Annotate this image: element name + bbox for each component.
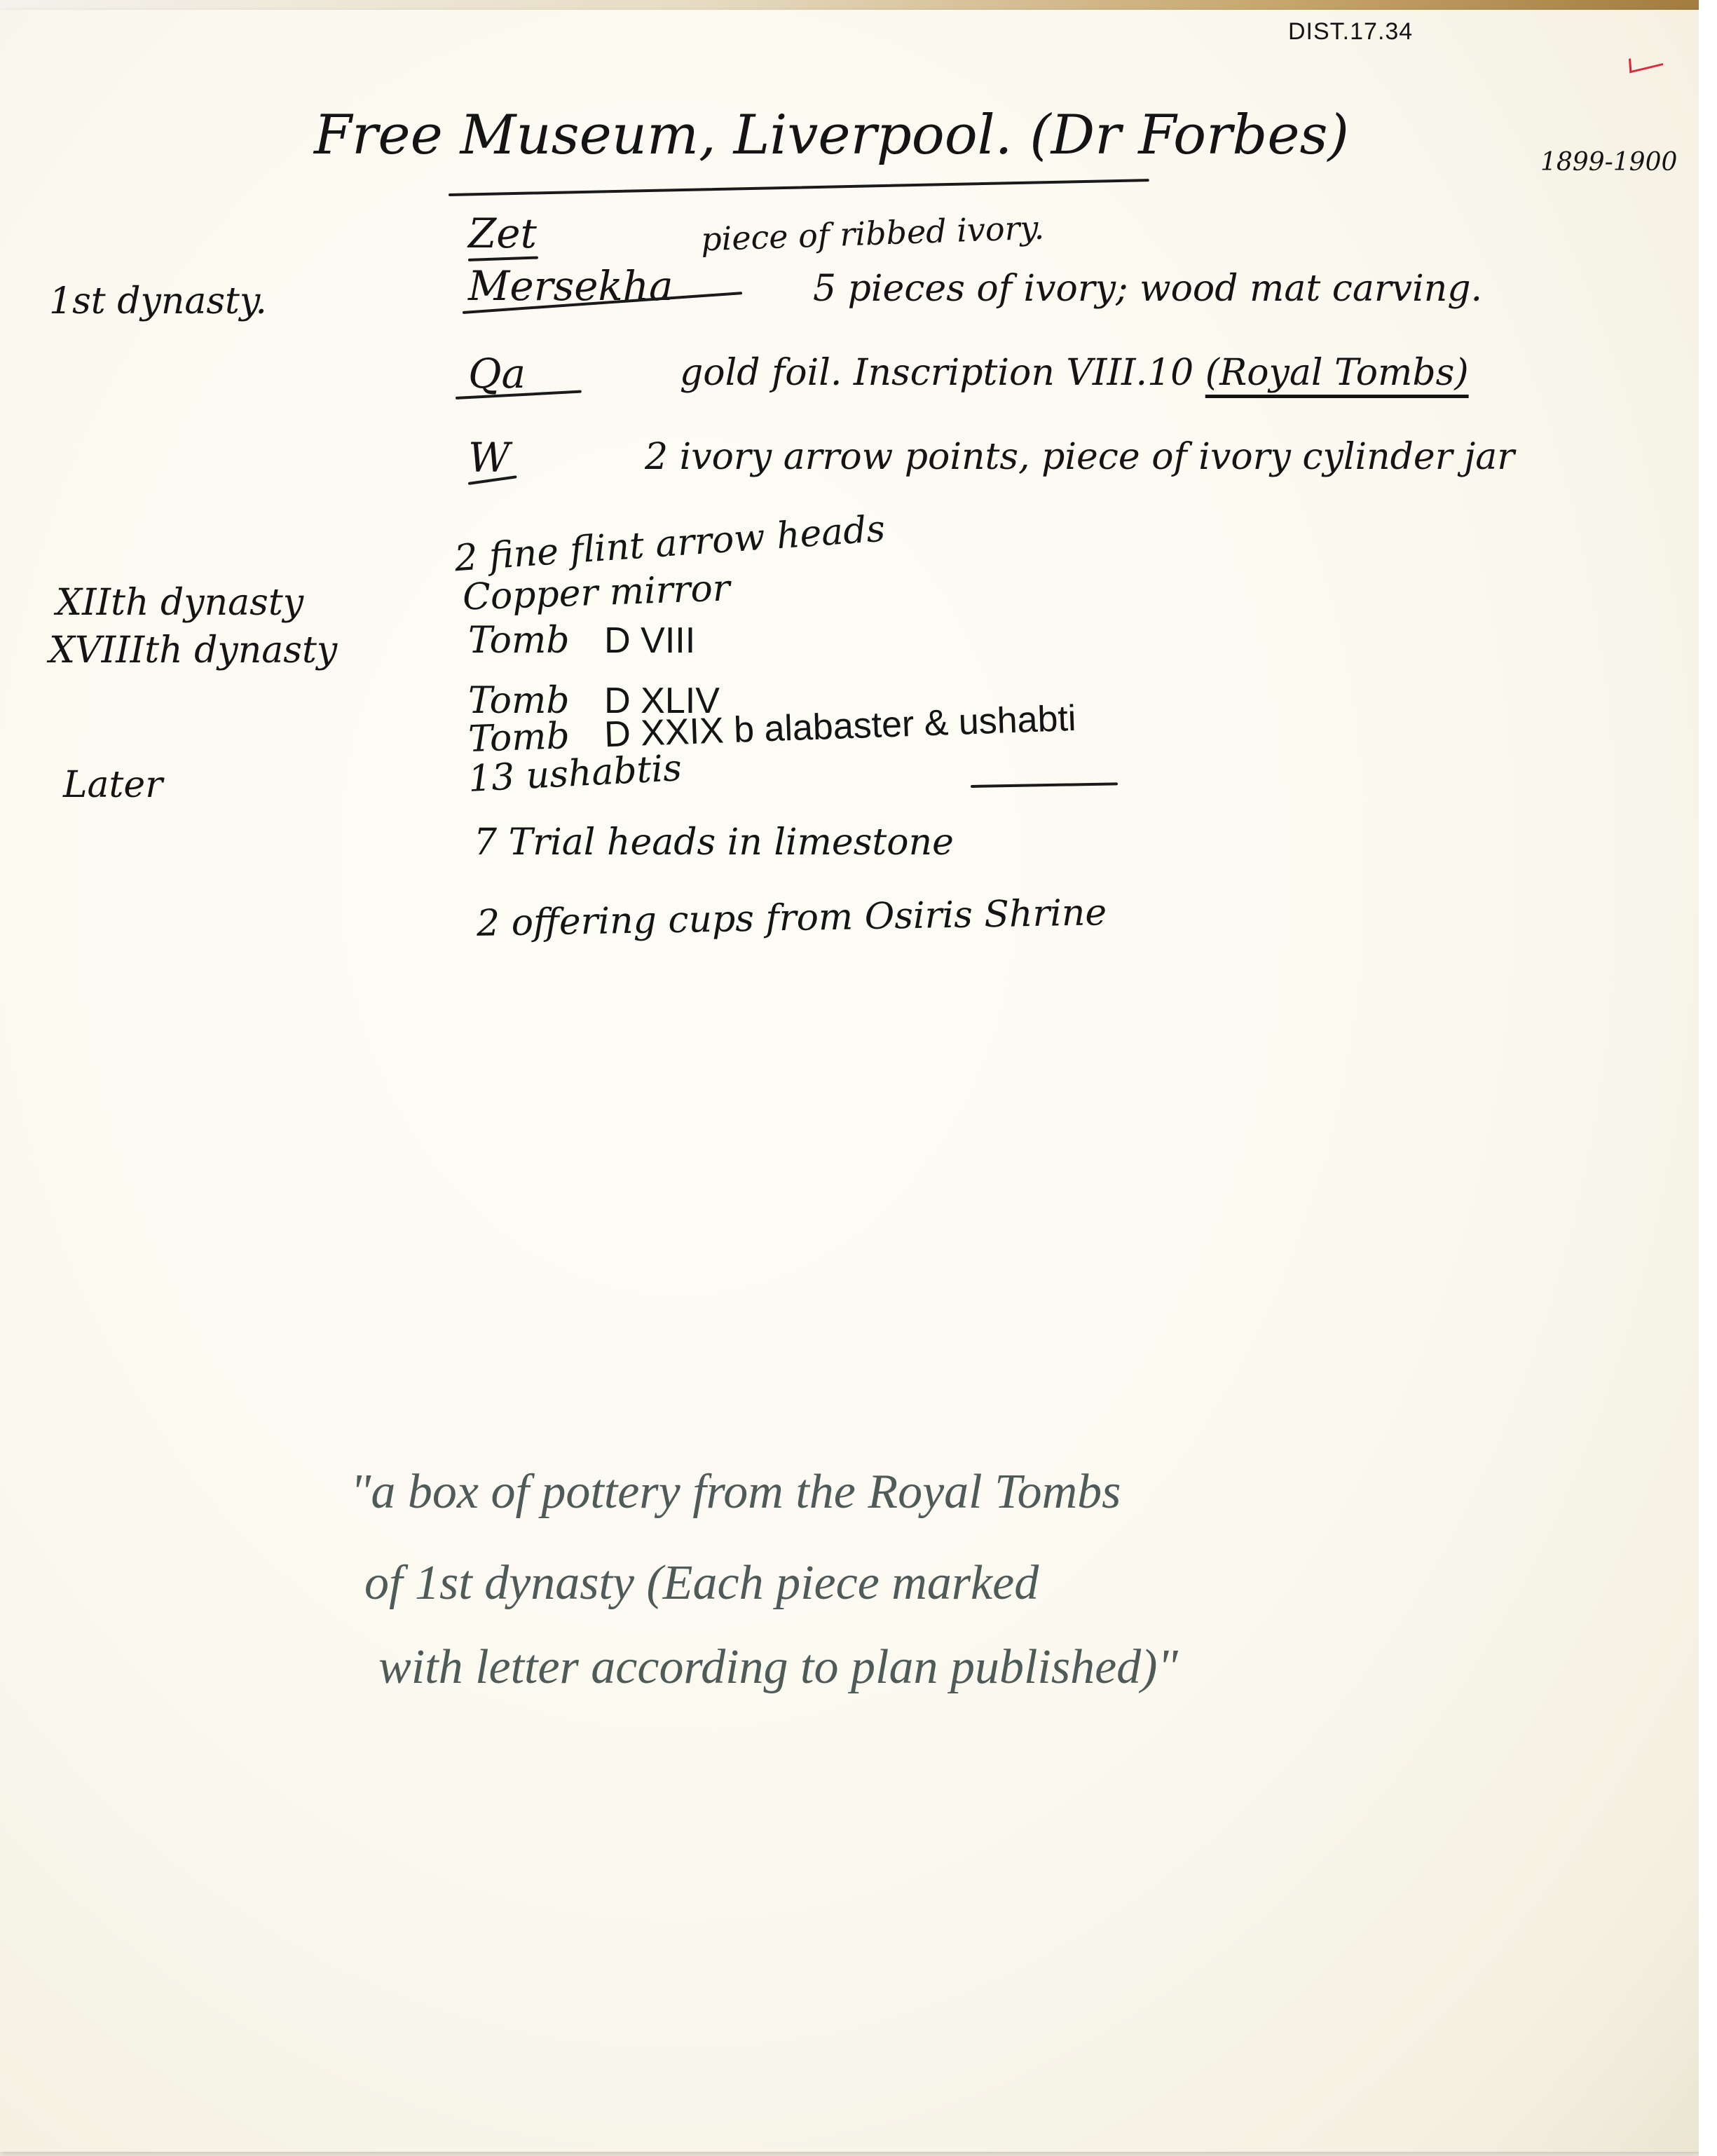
entry-desc-mersekha: 5 pieces of ivory; wood mat carving. [813, 271, 1482, 307]
reference-number: DIST.17.34 [1288, 20, 1413, 43]
title-underline [449, 179, 1149, 196]
entry-tomb-d-viii: Tomb D VIII [468, 622, 695, 659]
entry-desc-offering-cups: 2 offering cups from Osiris Shrine [477, 894, 1107, 942]
document-title: Free Museum, Liverpool. (Dr Forbes) [314, 108, 1349, 163]
entry-desc-ushabtis: 13 ushabtis [467, 750, 683, 798]
title-museum: Free Museum, Liverpool. [314, 104, 1012, 167]
entry-label-zet: Zet [468, 213, 537, 254]
period-xviiith-dynasty: XVIIIth dynasty [49, 632, 337, 669]
pencil-note-line-1: "a box of pottery from the Royal Tombs [350, 1468, 1121, 1517]
period-later: Later [63, 767, 163, 803]
date-range: 1899-1900 [1540, 150, 1677, 175]
entry-desc-qa: gold foil. Inscription VIII.10 (Royal To… [680, 355, 1469, 391]
check-mark-icon [1629, 51, 1663, 74]
reference-royal-tombs: (Royal Tombs) [1205, 352, 1469, 394]
period-xiith-dynasty: XIIth dynasty [56, 585, 303, 621]
title-recipient: (Dr Forbes) [1029, 104, 1349, 167]
pencil-note-line-3: with letter according to plan published)… [378, 1643, 1178, 1692]
entry-desc-flint-arrow-heads: 2 fine flint arrow heads [453, 511, 887, 578]
entry-desc-copper-mirror: Copper mirror [462, 570, 730, 615]
period-1st-dynasty: 1st dynasty. [49, 283, 267, 320]
overline-limestone [971, 782, 1118, 788]
scan-top-edge [0, 0, 1717, 10]
entry-desc-zet: piece of ribbed ivory. [700, 211, 1044, 255]
entry-desc-w: 2 ivory arrow points, piece of ivory cyl… [645, 439, 1514, 475]
entry-label-w: W [468, 437, 510, 478]
pencil-note-line-2: of 1st dynasty (Each piece marked [364, 1559, 1039, 1608]
entry-desc-trial-heads: 7 Trial heads in limestone [474, 824, 954, 861]
scan-right-margin [1699, 0, 1717, 2156]
document-page: DIST.17.34 Free Museum, Liverpool. (Dr F… [0, 10, 1699, 2152]
entry-label-qa: Qa [468, 353, 526, 394]
